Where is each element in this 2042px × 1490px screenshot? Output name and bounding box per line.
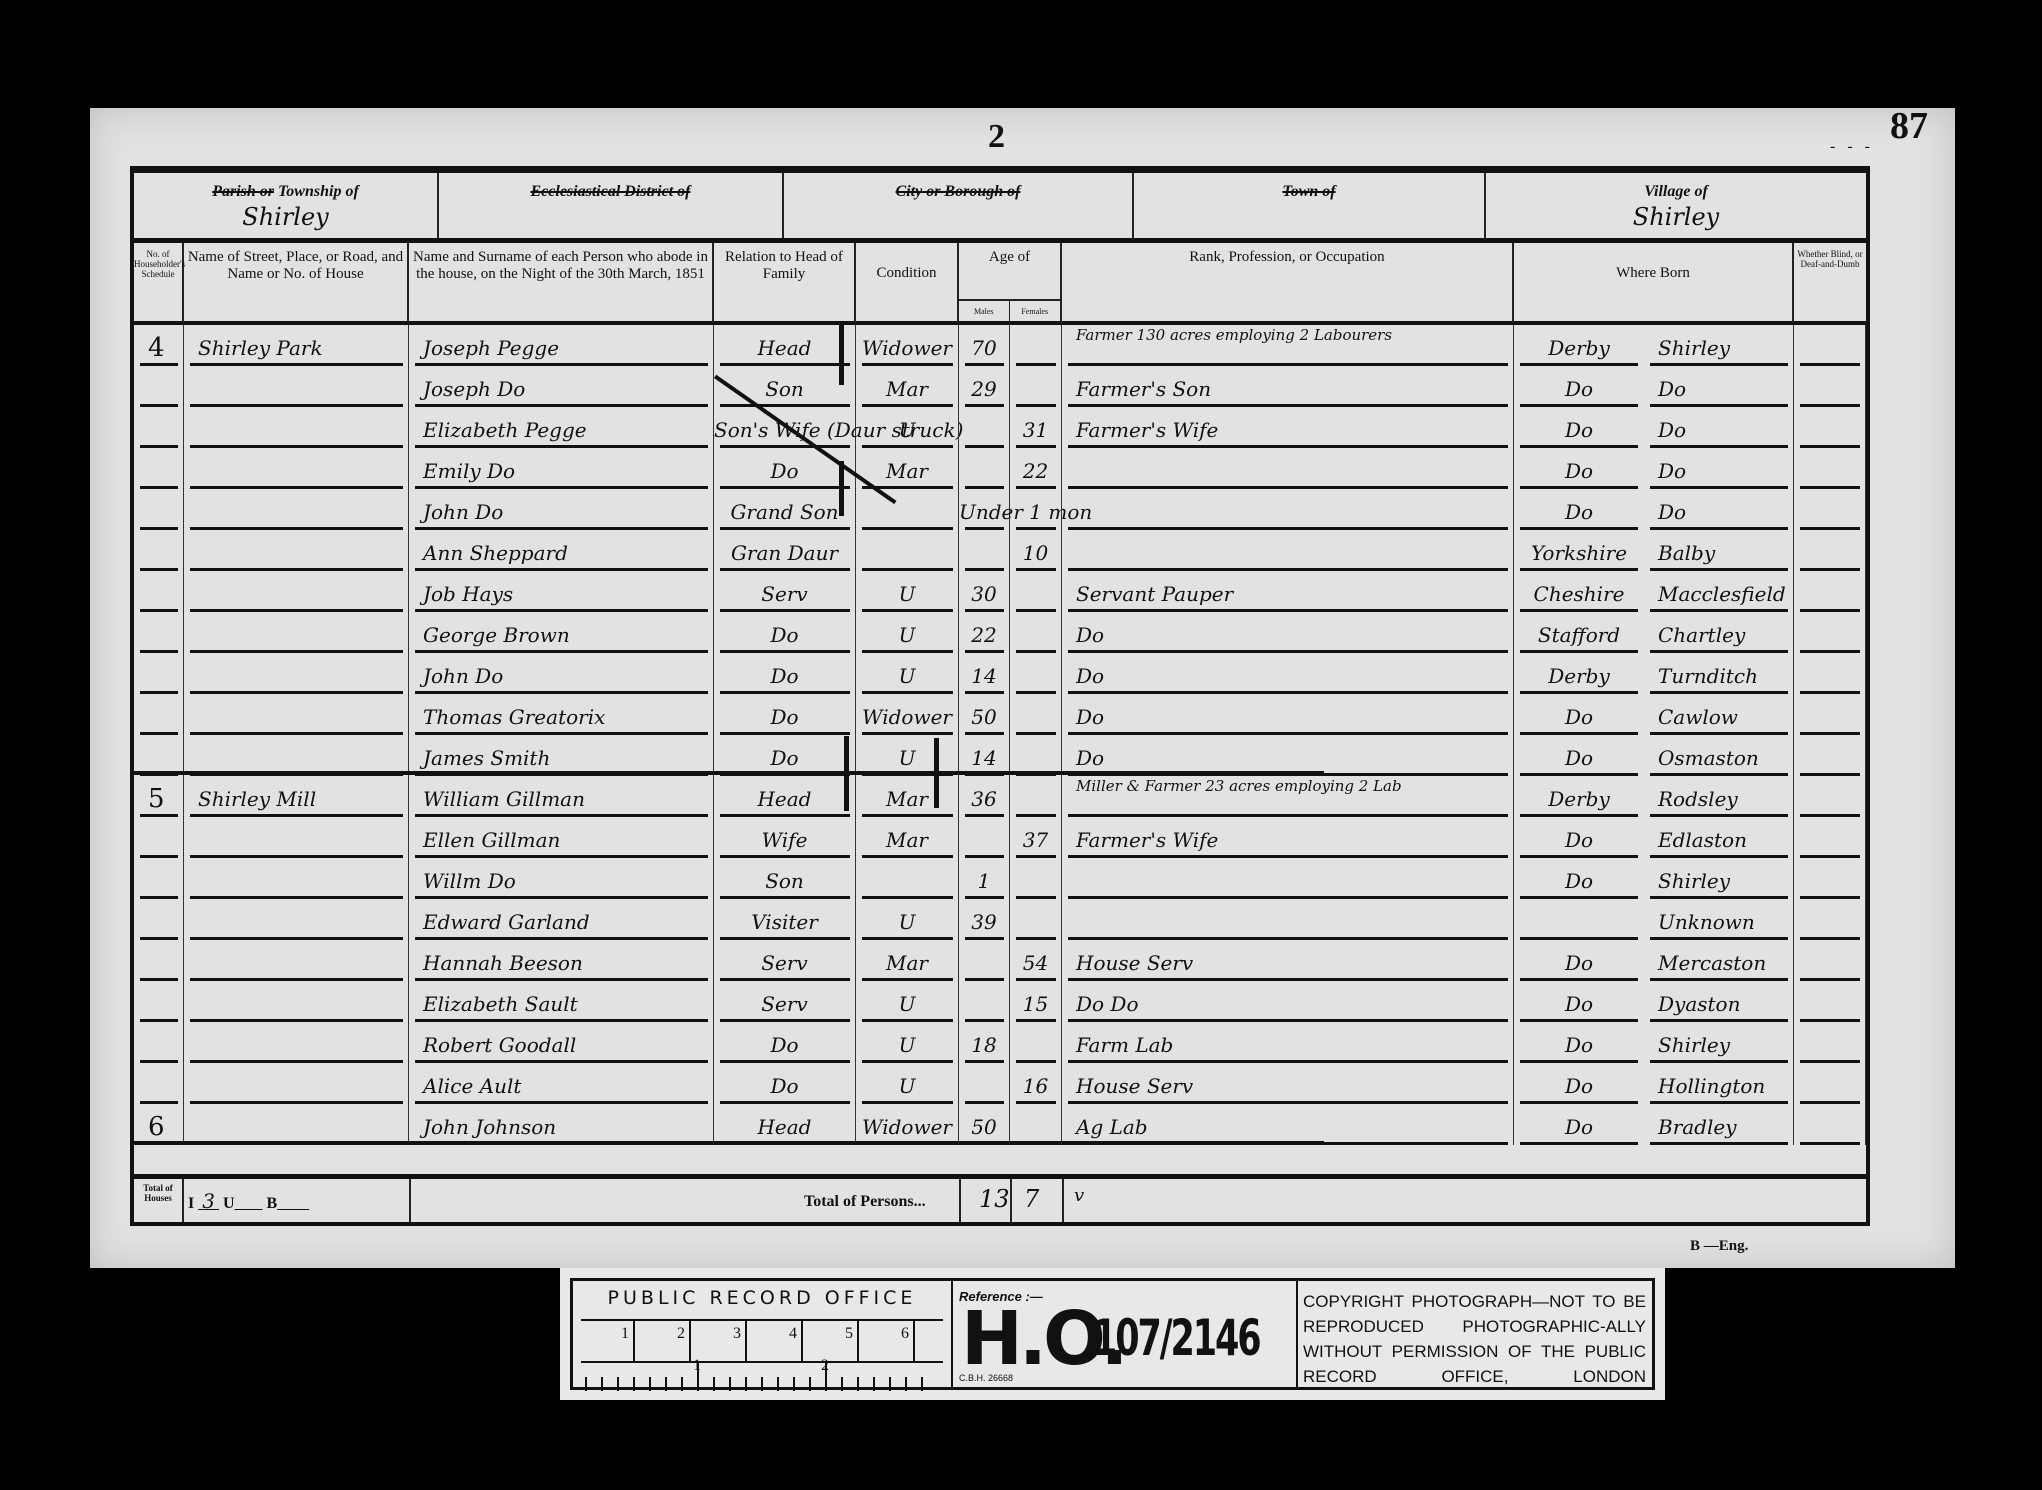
cell-occupation: Servant Pauper [1062, 571, 1514, 612]
cell-schedule [134, 530, 184, 571]
cell-male-age [959, 448, 1010, 489]
cell-name: Ann Sheppard [409, 530, 714, 571]
cell-born-county: Do [1514, 489, 1644, 530]
cell-occupation: Do [1062, 694, 1514, 735]
ruler-top: 123456 [581, 1319, 943, 1363]
cell-born-county: Do [1514, 1063, 1644, 1104]
cell-schedule [134, 1022, 184, 1063]
cell-condition [856, 858, 959, 899]
total-houses-label: Total of Houses [134, 1179, 184, 1222]
cell-male-age: Under 1 mon [959, 489, 1010, 530]
cell-name: Job Hays [409, 571, 714, 612]
cell-female-age [1010, 653, 1062, 694]
cell-born-county: Derby [1514, 776, 1644, 817]
cell-born-county: Stafford [1514, 612, 1644, 653]
cell-street [184, 612, 409, 653]
census-row: Joseph DoSonMar29Farmer's SonDoDo [134, 366, 1866, 407]
ruler-number: 1 [693, 1357, 701, 1375]
reference-box: Reference :— H.O. 107/2146 C.B.H. 26668 [953, 1281, 1298, 1387]
cell-born-place: Macclesfield [1644, 571, 1794, 612]
cell-blind [1794, 817, 1866, 858]
header-name: Name and Surname of each Person who abod… [409, 243, 714, 325]
household-separator [134, 1141, 1324, 1145]
cell-relation: Gran Daur [714, 530, 856, 571]
cell-street [184, 940, 409, 981]
cell-street [184, 366, 409, 407]
cell-male-age: 22 [959, 612, 1010, 653]
census-table: Parish or Township of Shirley Ecclesiast… [130, 166, 1870, 1226]
cell-name: William Gillman [409, 776, 714, 817]
cell-female-age [1010, 1104, 1062, 1145]
cell-born-place: Shirley [1644, 858, 1794, 899]
cell-born-county: Do [1514, 448, 1644, 489]
cell-schedule [134, 612, 184, 653]
cell-female-age: 37 [1010, 817, 1062, 858]
cell-blind [1794, 858, 1866, 899]
cell-blind [1794, 899, 1866, 940]
census-row: Hannah BeesonServMar54House ServDoMercas… [134, 940, 1866, 981]
census-row: 6John JohnsonHeadWidower50Ag LabDoBradle… [134, 1104, 1866, 1145]
cell-blind [1794, 325, 1866, 366]
cell-relation: Do [714, 1063, 856, 1104]
census-row: John DoGrand SonUnder 1 monDoDo [134, 489, 1866, 530]
cell-born-place: Do [1644, 407, 1794, 448]
cell-blind [1794, 571, 1866, 612]
cell-male-age: 50 [959, 1104, 1010, 1145]
place-ecclesiastical: Ecclesiastical District of [439, 173, 784, 238]
cell-condition: U [856, 735, 959, 776]
cell-relation: Do [714, 694, 856, 735]
cell-female-age [1010, 571, 1062, 612]
cell-born-county: Do [1514, 1104, 1644, 1145]
cell-street [184, 1104, 409, 1145]
cell-blind [1794, 981, 1866, 1022]
cell-name: Ellen Gillman [409, 817, 714, 858]
cell-occupation: Do [1062, 735, 1514, 776]
cell-relation: Serv [714, 940, 856, 981]
public-record-office-ruler: PUBLIC RECORD OFFICE 123456 12 [573, 1281, 953, 1387]
cell-female-age [1010, 858, 1062, 899]
tally-stroke [844, 736, 849, 811]
ruler-number: 3 [733, 1325, 741, 1343]
cell-born-county: Do [1514, 407, 1644, 448]
cell-born-place: Edlaston [1644, 817, 1794, 858]
cell-blind [1794, 735, 1866, 776]
cell-born-place: Dyaston [1644, 981, 1794, 1022]
cell-born-county: Do [1514, 858, 1644, 899]
printer-mark: B —Eng. [1690, 1238, 1748, 1255]
copyright-notice: COPYRIGHT PHOTOGRAPH—NOT TO BE REPRODUCE… [1303, 1289, 1646, 1389]
cell-street [184, 735, 409, 776]
total-check-mark: v [1074, 1185, 1084, 1206]
cell-relation: Do [714, 653, 856, 694]
cell-condition: U [856, 653, 959, 694]
cell-occupation: Farmer's Son [1062, 366, 1514, 407]
cell-born-county: Do [1514, 694, 1644, 735]
cell-born-place: Hollington [1644, 1063, 1794, 1104]
cell-schedule: 5 [134, 776, 184, 817]
totals-row: Total of Houses I 3 U B Total of Persons… [134, 1174, 1866, 1222]
census-row: Edward GarlandVisiterU39Unknown [134, 899, 1866, 940]
cell-born-place: Balby [1644, 530, 1794, 571]
cell-male-age [959, 530, 1010, 571]
cell-male-age: 18 [959, 1022, 1010, 1063]
census-row: Alice AultDoU16House ServDoHollington [134, 1063, 1866, 1104]
cell-condition: Widower [856, 694, 959, 735]
cell-street [184, 448, 409, 489]
cell-blind [1794, 940, 1866, 981]
cell-occupation: Do Do [1062, 981, 1514, 1022]
cell-condition: U [856, 571, 959, 612]
cell-occupation: Ag Lab [1062, 1104, 1514, 1145]
header-age-males: Males [959, 299, 1010, 321]
cell-relation: Serv [714, 981, 856, 1022]
cell-female-age [1010, 735, 1062, 776]
cell-born-county: Do [1514, 940, 1644, 981]
cell-blind [1794, 694, 1866, 735]
cell-schedule [134, 940, 184, 981]
census-row: Thomas GreatorixDoWidower50DoDoCawlow [134, 694, 1866, 735]
cell-name: Hannah Beeson [409, 940, 714, 981]
cell-female-age: 15 [1010, 981, 1062, 1022]
cell-condition: U [856, 612, 959, 653]
cell-born-place: Chartley [1644, 612, 1794, 653]
cell-blind [1794, 448, 1866, 489]
cell-name: Willm Do [409, 858, 714, 899]
cell-condition: Mar [856, 776, 959, 817]
census-row: 4Shirley ParkJoseph PeggeHeadWidower70Fa… [134, 325, 1866, 366]
cell-relation: Serv [714, 571, 856, 612]
cell-female-age: 54 [1010, 940, 1062, 981]
cell-street [184, 653, 409, 694]
header-occupation: Rank, Profession, or Occupation [1062, 243, 1514, 325]
cell-born-county: Do [1514, 817, 1644, 858]
cell-occupation [1062, 858, 1514, 899]
cell-condition: U [856, 407, 959, 448]
census-row: Emily DoDoMar22DoDo [134, 448, 1866, 489]
cell-male-age: 29 [959, 366, 1010, 407]
folio-dash: - - - [1830, 138, 1874, 156]
cell-relation: Head [714, 325, 856, 366]
cell-male-age: 70 [959, 325, 1010, 366]
cell-born-county: Cheshire [1514, 571, 1644, 612]
cell-born-county: Derby [1514, 653, 1644, 694]
cell-schedule [134, 817, 184, 858]
cell-male-age: 36 [959, 776, 1010, 817]
tally-stroke [934, 738, 939, 808]
cell-relation: Do [714, 448, 856, 489]
cell-relation: Head [714, 776, 856, 817]
office-title: PUBLIC RECORD OFFICE [573, 1287, 951, 1309]
cell-name: John Johnson [409, 1104, 714, 1145]
cell-female-age [1010, 1022, 1062, 1063]
cell-schedule [134, 407, 184, 448]
header-age-females: Females [1010, 299, 1061, 321]
header-condition: Condition [856, 243, 959, 325]
total-males: 13 [979, 1185, 1010, 1213]
ruler-number: 4 [789, 1325, 797, 1343]
cell-condition: Mar [856, 940, 959, 981]
cell-born-place: Do [1644, 448, 1794, 489]
cell-schedule [134, 858, 184, 899]
cell-female-age [1010, 325, 1062, 366]
ruler-number: 5 [845, 1325, 853, 1343]
cell-name: John Do [409, 489, 714, 530]
cell-name: Joseph Do [409, 366, 714, 407]
cell-name: Elizabeth Sault [409, 981, 714, 1022]
cell-name: John Do [409, 653, 714, 694]
ruler-number: 2 [677, 1325, 685, 1343]
header-schedule-no: No. of Householder's Schedule [134, 243, 184, 325]
cell-schedule [134, 571, 184, 612]
cell-condition [856, 530, 959, 571]
census-row: George BrownDoU22DoStaffordChartley [134, 612, 1866, 653]
cell-male-age: 30 [959, 571, 1010, 612]
header-street: Name of Street, Place, or Road, and Name… [184, 243, 409, 325]
census-row: James SmithDoU14DoDoOsmaston [134, 735, 1866, 776]
reference-number: 107/2146 [1093, 1309, 1259, 1367]
cell-blind [1794, 530, 1866, 571]
cell-schedule [134, 1063, 184, 1104]
cell-relation: Head [714, 1104, 856, 1145]
cell-schedule [134, 489, 184, 530]
cell-male-age: 39 [959, 899, 1010, 940]
cell-name: Robert Goodall [409, 1022, 714, 1063]
cell-occupation [1062, 489, 1514, 530]
cell-male-age [959, 981, 1010, 1022]
record-office-stamp: PUBLIC RECORD OFFICE 123456 12 Reference… [560, 1268, 1665, 1400]
header-blind: Whether Blind, or Deaf-and-Dumb [1794, 243, 1866, 325]
cell-blind [1794, 653, 1866, 694]
census-row: Elizabeth PeggeSon's Wife (Daur struck)U… [134, 407, 1866, 448]
census-row: Willm DoSon1DoShirley [134, 858, 1866, 899]
ruler-number: 6 [901, 1325, 909, 1343]
cell-female-age [1010, 612, 1062, 653]
cell-occupation: Do [1062, 653, 1514, 694]
cell-born-place: Do [1644, 489, 1794, 530]
place-town: Town of [1134, 173, 1486, 238]
cell-relation: Visiter [714, 899, 856, 940]
cell-street: Shirley Park [184, 325, 409, 366]
cell-born-county: Do [1514, 981, 1644, 1022]
cell-female-age: 16 [1010, 1063, 1062, 1104]
cell-female-age: 22 [1010, 448, 1062, 489]
cell-male-age [959, 1063, 1010, 1104]
cell-born-place: Mercaston [1644, 940, 1794, 981]
cell-schedule: 6 [134, 1104, 184, 1145]
tally-stroke [839, 461, 844, 516]
cell-blind [1794, 1063, 1866, 1104]
cell-born-county: Do [1514, 1022, 1644, 1063]
cell-occupation [1062, 530, 1514, 571]
cell-name: Emily Do [409, 448, 714, 489]
place-township: Parish or Township of Shirley [134, 173, 439, 238]
cell-condition: U [856, 1022, 959, 1063]
header-age: Age of Males Females [959, 243, 1062, 325]
page-number: 2 [988, 118, 1005, 156]
cell-born-place: Bradley [1644, 1104, 1794, 1145]
cell-relation: Son [714, 858, 856, 899]
header-where-born: Where Born [1514, 243, 1794, 325]
cell-schedule [134, 735, 184, 776]
cell-born-place: Unknown [1644, 899, 1794, 940]
cell-occupation: Farmer 130 acres employing 2 Labourers [1062, 325, 1514, 366]
folio-number: 87 [1890, 104, 1928, 148]
place-city-borough: City or Borough of [784, 173, 1134, 238]
cell-female-age: 10 [1010, 530, 1062, 571]
township-value: Shirley [134, 203, 437, 231]
cell-street [184, 817, 409, 858]
cell-male-age: 1 [959, 858, 1010, 899]
cell-female-age [1010, 366, 1062, 407]
census-row: Robert GoodallDoU18Farm LabDoShirley [134, 1022, 1866, 1063]
cell-blind [1794, 489, 1866, 530]
cell-occupation: Farmer's Wife [1062, 817, 1514, 858]
cell-born-county: Derby [1514, 325, 1644, 366]
cell-name: Thomas Greatorix [409, 694, 714, 735]
cell-schedule [134, 366, 184, 407]
cell-occupation: House Serv [1062, 940, 1514, 981]
total-persons-label: Total of Persons... [804, 1193, 926, 1211]
total-females: 7 [1024, 1185, 1039, 1213]
cell-name: James Smith [409, 735, 714, 776]
place-header-row: Parish or Township of Shirley Ecclesiast… [134, 173, 1866, 243]
cell-born-place: Shirley [1644, 1022, 1794, 1063]
cell-relation: Grand Son [714, 489, 856, 530]
cell-schedule [134, 653, 184, 694]
ruler-bottom: 12 [581, 1361, 943, 1391]
cell-occupation [1062, 899, 1514, 940]
census-row: Ellen GillmanWifeMar37Farmer's WifeDoEdl… [134, 817, 1866, 858]
cell-relation: Do [714, 612, 856, 653]
cell-blind [1794, 1104, 1866, 1145]
cell-born-place: Rodsley [1644, 776, 1794, 817]
cell-street [184, 571, 409, 612]
cell-born-place: Cawlow [1644, 694, 1794, 735]
census-row: John DoDoU14DoDerbyTurnditch [134, 653, 1866, 694]
cell-street [184, 407, 409, 448]
cell-street [184, 1063, 409, 1104]
cell-condition: Mar [856, 817, 959, 858]
cell-blind [1794, 1022, 1866, 1063]
cell-relation: Son [714, 366, 856, 407]
cell-condition [856, 489, 959, 530]
cell-schedule [134, 981, 184, 1022]
cell-relation: Do [714, 735, 856, 776]
census-row: Elizabeth SaultServU15Do DoDoDyaston [134, 981, 1866, 1022]
cell-street [184, 858, 409, 899]
cell-condition: U [856, 899, 959, 940]
cell-condition: Mar [856, 366, 959, 407]
cell-schedule [134, 694, 184, 735]
cell-born-place: Osmaston [1644, 735, 1794, 776]
cell-street [184, 981, 409, 1022]
cell-male-age: 14 [959, 653, 1010, 694]
cell-relation: Wife [714, 817, 856, 858]
cell-female-age [1010, 694, 1062, 735]
cell-born-county [1514, 899, 1644, 940]
cell-relation: Do [714, 1022, 856, 1063]
cbh-code: C.B.H. 26668 [959, 1373, 1013, 1383]
cell-schedule: 4 [134, 325, 184, 366]
cell-occupation: Miller & Farmer 23 acres employing 2 Lab [1062, 776, 1514, 817]
place-village: Village of Shirley [1486, 173, 1866, 238]
ruler-number: 1 [621, 1325, 629, 1343]
cell-male-age [959, 940, 1010, 981]
cell-name: Alice Ault [409, 1063, 714, 1104]
cell-street [184, 1022, 409, 1063]
cell-born-place: Turnditch [1644, 653, 1794, 694]
cell-female-age: 31 [1010, 407, 1062, 448]
cell-male-age [959, 817, 1010, 858]
cell-condition: U [856, 981, 959, 1022]
census-row: 5Shirley MillWilliam GillmanHeadMar36Mil… [134, 776, 1866, 817]
census-row: Job HaysServU30Servant PauperCheshireMac… [134, 571, 1866, 612]
cell-born-place: Shirley [1644, 325, 1794, 366]
census-row: Ann SheppardGran Daur10YorkshireBalby [134, 530, 1866, 571]
cell-male-age: 50 [959, 694, 1010, 735]
cell-occupation: Farm Lab [1062, 1022, 1514, 1063]
household-separator [134, 771, 1324, 775]
cell-name: George Brown [409, 612, 714, 653]
cell-condition: Widower [856, 325, 959, 366]
cell-male-age: 14 [959, 735, 1010, 776]
cell-occupation [1062, 448, 1514, 489]
village-value: Shirley [1486, 203, 1866, 231]
cell-street [184, 899, 409, 940]
cell-schedule [134, 899, 184, 940]
cell-name: Joseph Pegge [409, 325, 714, 366]
cell-born-place: Do [1644, 366, 1794, 407]
total-houses: I 3 U B [188, 1189, 309, 1213]
cell-male-age [959, 407, 1010, 448]
cell-occupation: Do [1062, 612, 1514, 653]
cell-condition: Widower [856, 1104, 959, 1145]
cell-street [184, 530, 409, 571]
cell-blind [1794, 612, 1866, 653]
cell-street [184, 694, 409, 735]
cell-occupation: House Serv [1062, 1063, 1514, 1104]
cell-female-age [1010, 776, 1062, 817]
cell-female-age [1010, 899, 1062, 940]
cell-blind [1794, 366, 1866, 407]
cell-female-age [1010, 489, 1062, 530]
cell-name: Edward Garland [409, 899, 714, 940]
cell-street [184, 489, 409, 530]
cell-blind [1794, 776, 1866, 817]
cell-schedule [134, 448, 184, 489]
cell-born-county: Do [1514, 366, 1644, 407]
ruler-number: 2 [821, 1357, 829, 1375]
cell-condition: U [856, 1063, 959, 1104]
cell-name: Elizabeth Pegge [409, 407, 714, 448]
tally-stroke [839, 325, 844, 385]
cell-occupation: Farmer's Wife [1062, 407, 1514, 448]
header-relation: Relation to Head of Family [714, 243, 856, 325]
cell-born-county: Yorkshire [1514, 530, 1644, 571]
cell-blind [1794, 407, 1866, 448]
cell-street: Shirley Mill [184, 776, 409, 817]
cell-born-county: Do [1514, 735, 1644, 776]
